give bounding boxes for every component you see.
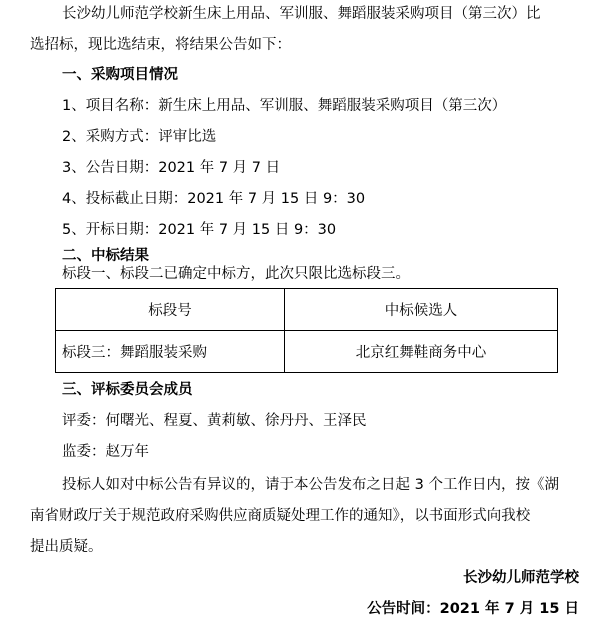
section1-item-name: 1、项目名称：新生床上用品、军训服、舞蹈服装采购项目（第三次） <box>62 96 506 116</box>
supervisor: 监委：赵万年 <box>62 442 149 462</box>
section2-note: 标段一、标段二已确定中标方，此次只限比选标段三。 <box>62 264 410 284</box>
header-lot-number: 标段号 <box>56 289 285 331</box>
result-table: 标段号 中标候选人 标段三：舞蹈服装采购 北京红舞鞋商务中心 <box>55 288 558 373</box>
signature-date: 公告时间：2021 年 7 月 15 日 <box>367 599 579 619</box>
cell-lot: 标段三：舞蹈服装采购 <box>56 331 285 373</box>
section1-item-announce-date: 3、公告日期：2021 年 7 月 7 日 <box>62 158 280 178</box>
cell-candidate: 北京红舞鞋商务中心 <box>285 331 558 373</box>
table-header-row: 标段号 中标候选人 <box>56 289 558 331</box>
section2-heading: 二、中标结果 <box>62 246 149 266</box>
intro-line-2: 选招标，现比选结束，将结果公告如下： <box>30 35 291 55</box>
section1-item-deadline: 4、投标截止日期：2021 年 7 月 15 日 9：30 <box>62 189 365 209</box>
reviewers-list: 评委：何曙光、程夏、黄莉敏、徐丹丹、王泽民 <box>62 411 367 431</box>
objection-line-2: 南省财政厅关于规范政府采购供应商质疑处理工作的通知》，以书面形式向我校 <box>30 506 530 526</box>
objection-line-1: 投标人如对中标公告有异议的，请于本公告发布之日起 3 个工作日内，按《湖 <box>62 475 559 495</box>
table-row: 标段三：舞蹈服装采购 北京红舞鞋商务中心 <box>56 331 558 373</box>
section1-item-opening-date: 5、开标日期：2021 年 7 月 15 日 9：30 <box>62 220 336 240</box>
header-winning-candidate: 中标候选人 <box>285 289 558 331</box>
objection-line-3: 提出质疑。 <box>30 537 103 557</box>
section1-item-method: 2、采购方式：评审比选 <box>62 127 216 147</box>
signature-org: 长沙幼儿师范学校 <box>463 568 579 588</box>
section3-heading: 三、评标委员会成员 <box>62 380 193 400</box>
section1-heading: 一、采购项目情况 <box>62 65 178 85</box>
intro-line-1: 长沙幼儿师范学校新生床上用品、军训服、舞蹈服装采购项目（第三次）比 <box>62 4 541 24</box>
